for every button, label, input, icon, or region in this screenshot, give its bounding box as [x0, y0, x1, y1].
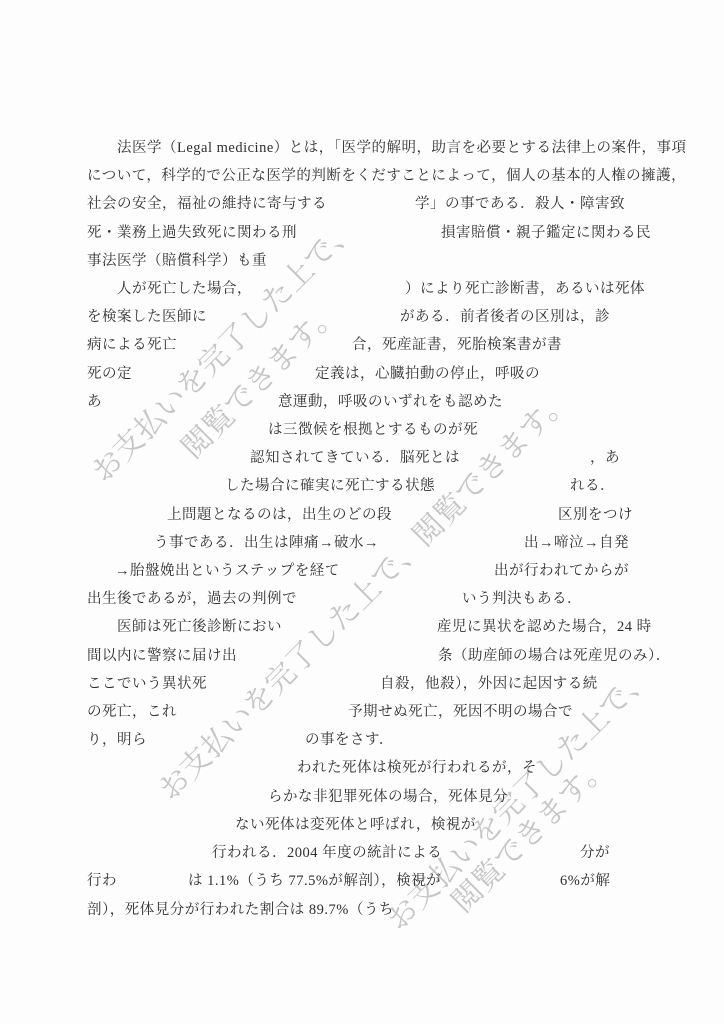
text-fragment: ここでいう異状死 [87, 676, 207, 693]
text-fragment: り，明ら [87, 732, 147, 749]
text-line: 人が死亡した場合，）により死亡診断書，あるいは死体 [0, 281, 724, 298]
document-text-layer: 法医学（Legal medicine）とは，「医学的解明，助言を必要とする法律上… [0, 0, 724, 1024]
text-fragment: 法医学（Legal medicine）とは，「医学的解明，助言を必要とする法律上… [117, 140, 687, 157]
text-line: 死・業務上過失致死に関わる刑損害賠償・親子鑑定に関わる民 [0, 225, 724, 242]
document-page: お支払いを完了した上で、閲覧できます。お支払いを完了した上で、閲覧できます。お支… [0, 0, 724, 1024]
text-fragment: 事法医学（賠償科学）も重 [87, 253, 267, 270]
text-fragment: 分が [580, 845, 610, 862]
text-fragment: 出が行われてからが [494, 563, 629, 580]
text-fragment: 死の定 [87, 366, 132, 383]
text-fragment: 社会の安全，福祉の維持に寄与する [87, 196, 327, 213]
text-fragment: を検案した医師に [87, 309, 207, 326]
text-fragment: 出→啼泣→自発 [524, 535, 629, 552]
text-line: は三徴候を根拠とするものが死 [0, 422, 724, 439]
text-fragment: れる． [570, 478, 615, 495]
text-line: り，明らの事をさす． [0, 732, 724, 749]
text-fragment: 産児に異状を認めた場合，24 時 [437, 619, 652, 636]
text-fragment: 予期せぬ死亡，死因不明の場合で [348, 704, 573, 721]
text-fragment: あ [87, 394, 102, 411]
text-fragment: した場合に確実に死亡する状態 [225, 478, 435, 495]
text-fragment: は三徴候を根拠とするものが死 [268, 422, 478, 439]
text-fragment: 行われる．2004 年度の統計による [212, 845, 442, 862]
text-line: した場合に確実に死亡する状態れる． [0, 478, 724, 495]
text-fragment: 死・業務上過失致死に関わる刑 [87, 225, 297, 242]
text-line: われた死体は検死が行われるが，そ [0, 760, 724, 777]
text-line: 法医学（Legal medicine）とは，「医学的解明，助言を必要とする法律上… [0, 140, 724, 157]
text-line: を検案した医師にがある．前者後者の区別は，診 [0, 309, 724, 326]
text-line: う事である．出生は陣痛→破水→出→啼泣→自発 [0, 535, 724, 552]
text-fragment: 区別をつけ [558, 507, 633, 524]
text-line: について，科学的で公正な医学的判断をくだすことによって，個人の基本的人権の擁護， [0, 168, 724, 185]
text-fragment: らかな非犯罪死体の場合，死体見分 [268, 789, 508, 806]
text-line: らかな非犯罪死体の場合，死体見分 [0, 789, 724, 806]
text-fragment: 行わ [87, 873, 117, 890]
text-line: の死亡，これ予期せぬ死亡，死因不明の場合で [0, 704, 724, 721]
text-fragment: →胎盤娩出というステップを経て [115, 563, 340, 580]
text-fragment: 間以内に警察に届け出 [87, 648, 237, 665]
text-line: 死の定定義は，心臓拍動の停止，呼吸の [0, 366, 724, 383]
text-line: 剖），死体見分が行われた割合は 89.7%（うち [0, 902, 724, 919]
text-line: 行われる．2004 年度の統計による分が [0, 845, 724, 862]
text-fragment: 条（助産師の場合は死産児のみ）． [438, 648, 671, 665]
text-line: 上問題となるのは，出生のどの段区別をつけ [0, 507, 724, 524]
text-fragment: う事である．出生は陣痛→破水→ [154, 535, 379, 552]
text-line: ない死体は変死体と呼ばれ，検視が [0, 817, 724, 834]
text-fragment: 剖），死体見分が行われた割合は 89.7%（うち [87, 902, 394, 919]
text-line: あ意運動，呼吸のいずれをも認めた [0, 394, 724, 411]
text-fragment: 人が死亡した場合， [117, 281, 252, 298]
text-fragment: 合，死産証書，死胎検案書が書 [352, 337, 562, 354]
text-fragment: 認知されてきている．脳死とは [250, 450, 460, 467]
text-fragment: について，科学的で公正な医学的判断をくだすことによって，個人の基本的人権の擁護， [87, 168, 686, 185]
text-fragment: 学」の事である．殺人・障害致 [415, 196, 625, 213]
text-fragment: いう判決もある． [462, 591, 582, 608]
text-line: 出生後であるが，過去の判例でいう判決もある． [0, 591, 724, 608]
text-line: 認知されてきている．脳死とは，あ [0, 450, 724, 467]
text-line: ここでいう異状死自殺，他殺），外因に起因する続 [0, 676, 724, 693]
text-line: 間以内に警察に届け出条（助産師の場合は死産児のみ）． [0, 648, 724, 665]
text-fragment: ，あ [590, 450, 620, 467]
text-fragment: は 1.1%（うち 77.5%が解剖），検視が [188, 873, 441, 890]
text-line: 病による死亡合，死産証書，死胎検案書が書 [0, 337, 724, 354]
text-fragment: われた死体は検死が行われるが，そ [297, 760, 537, 777]
text-fragment: の死亡，これ [87, 704, 177, 721]
text-fragment: 医師は死亡後診断におい [117, 619, 282, 636]
text-line: 医師は死亡後診断におい産児に異状を認めた場合，24 時 [0, 619, 724, 636]
text-fragment: ない死体は変死体と呼ばれ，検視が [235, 817, 476, 834]
text-fragment: 病による死亡 [87, 337, 177, 354]
text-fragment: 6%が解 [560, 873, 610, 890]
text-fragment: 自殺，他殺），外因に起因する続 [380, 676, 598, 693]
text-fragment: 損害賠償・親子鑑定に関わる民 [441, 225, 651, 242]
text-fragment: 出生後であるが，過去の判例で [87, 591, 297, 608]
text-fragment: の事をさす． [305, 732, 394, 749]
text-line: 事法医学（賠償科学）も重 [0, 253, 724, 270]
text-line: →胎盤娩出というステップを経て出が行われてからが [0, 563, 724, 580]
text-fragment: 定義は，心臓拍動の停止，呼吸の [315, 366, 540, 383]
text-line: 行わは 1.1%（うち 77.5%が解剖），検視が6%が解 [0, 873, 724, 890]
text-fragment: がある．前者後者の区別は，診 [400, 309, 610, 326]
text-line: 社会の安全，福祉の維持に寄与する学」の事である．殺人・障害致 [0, 196, 724, 213]
text-fragment: 意運動，呼吸のいずれをも認めた [278, 394, 503, 411]
text-fragment: 上問題となるのは，出生のどの段 [167, 507, 392, 524]
text-fragment: ）により死亡診断書，あるいは死体 [405, 281, 645, 298]
